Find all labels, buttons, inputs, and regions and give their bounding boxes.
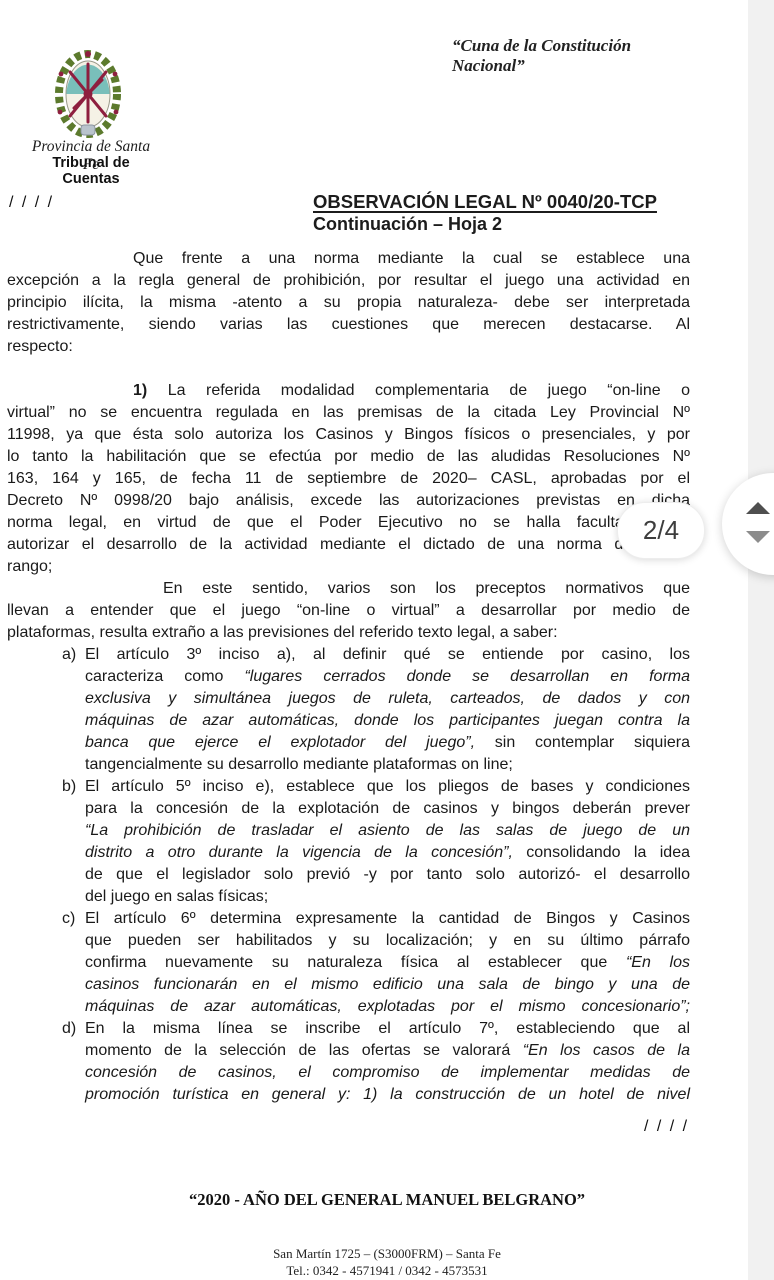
text-segment: que pueden ser habilitados y su localiza… [85, 932, 690, 949]
text-segment: 163, 164 y 165, de fecha 11 de septiembr… [7, 470, 690, 487]
text-line: virtual” no se encuentra regulada en las… [7, 402, 690, 424]
text-segment: virtual” no se encuentra regulada en las… [7, 404, 690, 421]
text-line: que pueden ser habilitados y su localiza… [85, 930, 690, 952]
text-line: En este sentido, varios son los precepto… [7, 578, 690, 600]
text-segment: “En los [626, 954, 690, 971]
text-segment: El artículo 6º determina expresamente la… [85, 910, 690, 927]
text-segment: del juego en salas físicas; [85, 888, 268, 905]
text-segment: consolidando la idea [513, 844, 690, 861]
footer-motto: “2020 - AÑO DEL GENERAL MANUEL BELGRANO” [0, 1190, 774, 1210]
text-line: caracteriza como “lugares cerrados donde… [85, 666, 690, 688]
list-item: c)El artículo 6º determina expresamente … [7, 908, 690, 1018]
text-line: 1) La referida modalidad complementaria … [7, 380, 690, 402]
continuation-marks-top: / / / / [9, 194, 54, 212]
text-line: concesión de casinos, el compromiso de i… [85, 1062, 690, 1084]
chevron-down-icon[interactable] [746, 531, 770, 543]
scroll-buttons[interactable] [722, 473, 774, 575]
text-line: excepción a la regla general de prohibic… [7, 270, 690, 292]
paragraph: 1) La referida modalidad complementaria … [7, 380, 690, 578]
paragraph: En este sentido, varios son los precepto… [7, 578, 690, 644]
document-page: “Cuna de la Constitución Nacional” Provi… [0, 0, 774, 1280]
footer-phone: Tel.: 0342 - 4571941 / 0342 - 4573531 [0, 1263, 774, 1279]
list-marker: d) [62, 1018, 85, 1106]
text-line: momento de la selección de las ofertas s… [85, 1040, 690, 1062]
scrollbar-track [748, 0, 774, 1280]
text-segment: para la concesión de la explotación de c… [85, 800, 690, 817]
title-line1: OBSERVACIÓN LEGAL Nº 0040/20-TCP [313, 190, 673, 213]
text-segment: tangencialmente su desarrollo mediante p… [85, 756, 513, 773]
text-segment: Decreto Nº 0998/20 bajo análisis, excede… [7, 492, 690, 509]
text-line: “La prohibición de trasladar el asiento … [85, 820, 690, 842]
text-line: del juego en salas físicas; [85, 886, 690, 908]
text-line: para la concesión de la explotación de c… [85, 798, 690, 820]
text-segment: 1) [133, 382, 168, 399]
text-line: promoción turística en general y: 1) la … [85, 1084, 690, 1106]
paragraph: Que frente a una norma mediante la cual … [7, 248, 690, 358]
text-segment: excepción a la regla general de prohibic… [7, 272, 690, 289]
list-item-text: En la misma línea se inscribe el artícul… [85, 1018, 690, 1106]
text-segment: lo tanto la habilitación que se efectúa … [7, 448, 690, 465]
text-line: lo tanto la habilitación que se efectúa … [7, 446, 690, 468]
text-segment: El artículo 3º inciso a), al definir qué… [85, 646, 690, 663]
list-item: d)En la misma línea se inscribe el artíc… [7, 1018, 690, 1106]
text-segment: de que el legislador solo previó -y por … [85, 866, 690, 883]
document-body: Que frente a una norma mediante la cual … [7, 248, 690, 1106]
text-segment: casinos funcionarán en el mismo edificio… [85, 976, 690, 993]
text-line: casinos funcionarán en el mismo edificio… [85, 974, 690, 996]
text-line: Que frente a una norma mediante la cual … [7, 248, 690, 270]
text-segment: llevan a entender que el juego “on-line … [7, 602, 690, 619]
page-indicator-label: 2/4 [643, 515, 679, 546]
page-indicator-badge: 2/4 [617, 502, 705, 559]
text-segment: principio ilícita, la misma -atento a su… [7, 294, 690, 311]
text-segment: Que frente a una norma mediante la cual … [133, 250, 690, 267]
text-segment: banca que ejerce el explotador del juego… [85, 734, 475, 751]
text-line: máquinas de azar automáticas, explotadas… [85, 996, 690, 1018]
list-marker: a) [62, 644, 85, 776]
text-line: El artículo 6º determina expresamente la… [85, 908, 690, 930]
text-line: Decreto Nº 0998/20 bajo análisis, excede… [7, 490, 690, 512]
text-segment: distrito a otro durante la vigencia de l… [85, 844, 513, 861]
text-segment: autorizar el desarrollo de la actividad … [7, 536, 690, 553]
text-line: llevan a entender que el juego “on-line … [7, 600, 690, 622]
text-segment: confirma nuevamente su naturaleza física… [85, 954, 626, 971]
list-item-text: El artículo 5º inciso e), establece que … [85, 776, 690, 908]
text-line: El artículo 3º inciso a), al definir qué… [85, 644, 690, 666]
continuation-marks-bottom: / / / / [644, 1118, 689, 1136]
list-item-text: El artículo 6º determina expresamente la… [85, 908, 690, 1018]
text-line: restrictivamente, siendo varias las cues… [7, 314, 690, 336]
chevron-up-icon[interactable] [746, 502, 770, 514]
text-segment: concesión de casinos, el compromiso de i… [85, 1064, 690, 1081]
text-line: de que el legislador solo previó -y por … [85, 864, 690, 886]
text-segment: plataformas, resulta extraño a las previ… [7, 624, 558, 641]
text-segment: norma legal, en virtud de que el Poder E… [7, 514, 690, 531]
text-line: tangencialmente su desarrollo mediante p… [85, 754, 690, 776]
text-line: rango; [7, 556, 690, 578]
text-segment: 11998, ya que ésta solo autoriza los Cas… [7, 426, 690, 443]
text-segment: máquinas de azar automáticas, donde los … [85, 712, 690, 729]
text-segment: “lugares cerrados donde se desarrollan e… [244, 668, 690, 685]
text-segment: respecto: [7, 338, 73, 355]
text-line: 163, 164 y 165, de fecha 11 de septiembr… [7, 468, 690, 490]
footer-address: San Martín 1725 – (S3000FRM) – Santa Fe [0, 1246, 774, 1262]
text-segment: máquinas de azar automáticas, explotadas… [85, 998, 690, 1015]
coat-of-arms-logo [54, 50, 122, 142]
text-line: plataformas, resulta extraño a las previ… [7, 622, 690, 644]
text-line: exclusiva y simultánea juegos de ruleta,… [85, 688, 690, 710]
text-line: 11998, ya que ésta solo autoriza los Cas… [7, 424, 690, 446]
text-segment: momento de la selección de las ofertas s… [85, 1042, 523, 1059]
text-line: confirma nuevamente su naturaleza física… [85, 952, 690, 974]
list-item-text: El artículo 3º inciso a), al definir qué… [85, 644, 690, 776]
header-quote: “Cuna de la Constitución Nacional” [452, 36, 692, 76]
text-segment: promoción turística en general y: 1) la … [85, 1086, 690, 1103]
text-line: distrito a otro durante la vigencia de l… [85, 842, 690, 864]
text-line: El artículo 5º inciso e), establece que … [85, 776, 690, 798]
text-segment: rango; [7, 558, 52, 575]
text-segment: “En los casos de la [523, 1042, 690, 1059]
text-segment: En la misma línea se inscribe el artícul… [85, 1020, 690, 1037]
text-segment: restrictivamente, siendo varias las cues… [7, 316, 690, 333]
text-line: autorizar el desarrollo de la actividad … [7, 534, 690, 556]
text-segment: “La prohibición de trasladar el asiento … [85, 822, 690, 839]
text-segment: caracteriza como [85, 668, 244, 685]
text-line: máquinas de azar automáticas, donde los … [85, 710, 690, 732]
document-title: OBSERVACIÓN LEGAL Nº 0040/20-TCP Continu… [313, 190, 673, 236]
text-segment: exclusiva y simultánea juegos de ruleta,… [85, 690, 690, 707]
title-line2: Continuación – Hoja 2 [313, 213, 673, 236]
text-line: principio ilícita, la misma -atento a su… [7, 292, 690, 314]
text-line: respecto: [7, 336, 690, 358]
list-item: b)El artículo 5º inciso e), establece qu… [7, 776, 690, 908]
text-line: norma legal, en virtud de que el Poder E… [7, 512, 690, 534]
text-segment: El artículo 5º inciso e), establece que … [85, 778, 690, 795]
text-segment: sin contemplar siquiera [475, 734, 690, 751]
text-line: En la misma línea se inscribe el artícul… [85, 1018, 690, 1040]
list-marker: c) [62, 908, 85, 1018]
text-line: banca que ejerce el explotador del juego… [85, 732, 690, 754]
text-segment: La referida modalidad complementaria de … [168, 382, 690, 399]
list-item: a)El artículo 3º inciso a), al definir q… [7, 644, 690, 776]
text-segment: En este sentido, varios son los precepto… [163, 580, 690, 597]
org-tribunal-label: Tribunal de Cuentas [26, 155, 156, 187]
list-marker: b) [62, 776, 85, 908]
